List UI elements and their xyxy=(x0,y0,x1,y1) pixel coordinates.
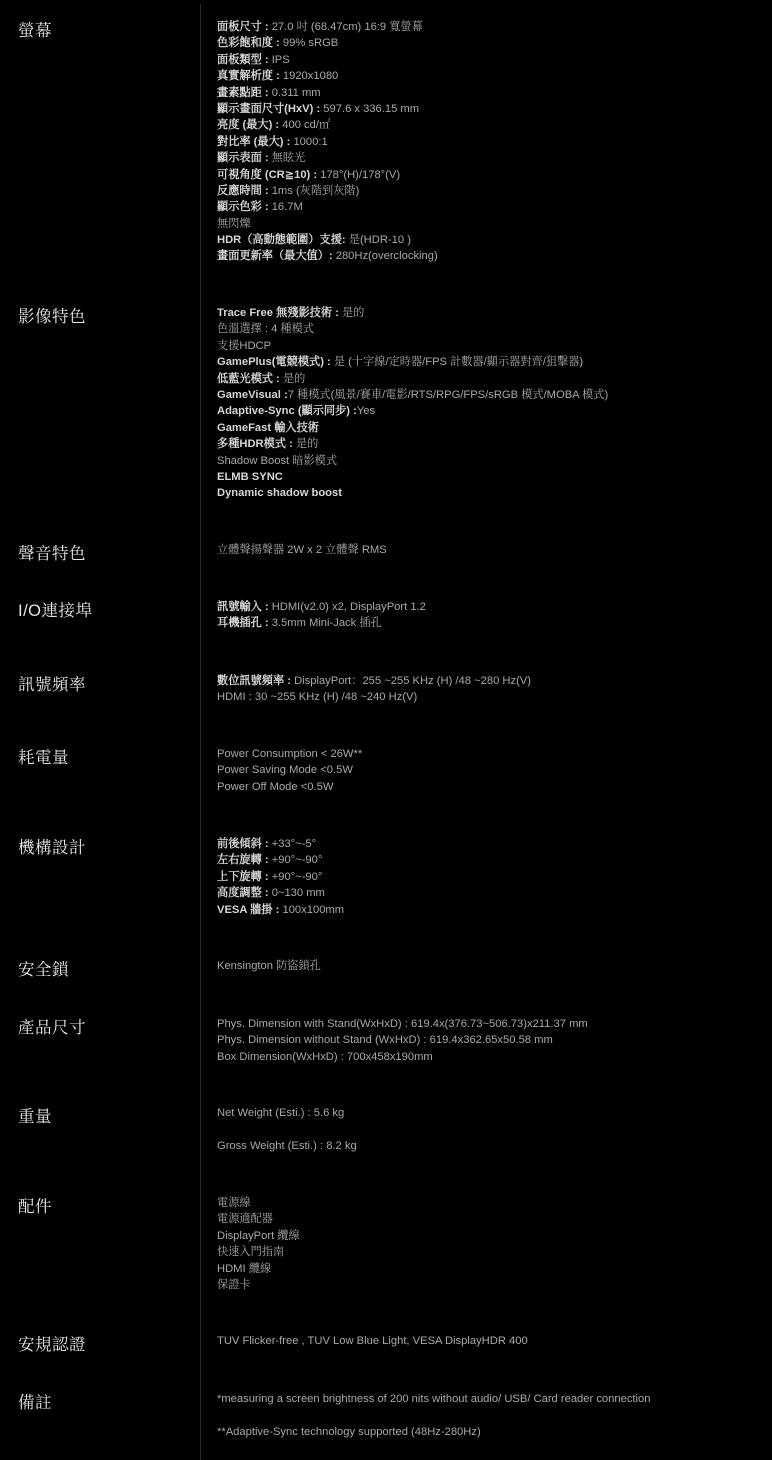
spec-line: *measuring a screen brightness of 200 ni… xyxy=(217,1391,757,1407)
spec-line: TUV Flicker-free , TUV Low Blue Light, V… xyxy=(217,1333,757,1349)
spec-line: Shadow Boost 暗影模式 xyxy=(217,453,757,469)
spec-line: 面板尺寸 : 27.0 吋 (68.47cm) 16:9 寬螢幕 xyxy=(217,19,757,35)
section-label: 訊號頻率 xyxy=(18,671,86,695)
section-body: 前後傾斜 : +33°~-5° 左右旋轉 : +90°~-90° 上下旋轉 : … xyxy=(217,836,757,918)
spec-line: **Adaptive-Sync technology supported (48… xyxy=(217,1424,757,1440)
section-body: Kensington 防盜鎖孔 xyxy=(217,958,757,974)
section-label: 機構設計 xyxy=(18,834,86,858)
section-label: I/O連接埠 xyxy=(18,597,93,621)
section-body: Net Weight (Esti.) : 5.6 kg Gross Weight… xyxy=(217,1105,757,1154)
spec-line: 高度調整 : 0~130 mm xyxy=(217,885,757,901)
column-divider xyxy=(200,4,201,1460)
spec-line: 面板類型 : IPS xyxy=(217,52,757,68)
section-label: 重量 xyxy=(18,1103,52,1127)
spec-line: 顯示表面 : 無眩光 xyxy=(217,150,757,166)
section-label: 配件 xyxy=(18,1193,52,1217)
section-label: 備註 xyxy=(18,1389,52,1413)
section-label: 螢幕 xyxy=(18,17,52,41)
spec-line: GameFast 輸入技術 xyxy=(217,420,757,436)
spec-line: Kensington 防盜鎖孔 xyxy=(217,958,757,974)
spec-line: 色彩飽和度 : 99% sRGB xyxy=(217,35,757,51)
spec-line: 前後傾斜 : +33°~-5° xyxy=(217,836,757,852)
section-label: 影像特色 xyxy=(18,303,86,327)
spec-line: Power Off Mode <0.5W xyxy=(217,779,757,795)
spec-line: 反應時間 : 1ms (灰階到灰階) xyxy=(217,183,757,199)
spec-line: 快速入門指南 xyxy=(217,1244,757,1260)
spec-line: 左右旋轉 : +90°~-90° xyxy=(217,852,757,868)
spec-line-blank xyxy=(217,1121,757,1137)
spec-line: Gross Weight (Esti.) : 8.2 kg xyxy=(217,1138,757,1154)
section-body: TUV Flicker-free , TUV Low Blue Light, V… xyxy=(217,1333,757,1349)
section-body: 電源線 電源適配器 DisplayPort 纜線 快速入門指南 HDMI 纜線 … xyxy=(217,1195,757,1293)
spec-line: 顯示畫面尺寸(HxV) : 597.6 x 336.15 mm xyxy=(217,101,757,117)
section-label: 產品尺寸 xyxy=(18,1014,86,1038)
spec-line: 立體聲揚聲器 2W x 2 立體聲 RMS xyxy=(217,542,757,558)
spec-line: HDMI 纜線 xyxy=(217,1261,757,1277)
spec-line: 色溫選擇 : 4 種模式 xyxy=(217,321,757,337)
spec-line: HDR（高動態範圍）支援: 是(HDR-10 ) xyxy=(217,232,757,248)
spec-line: 對比率 (最大) : 1000:1 xyxy=(217,134,757,150)
spec-line: 保證卡 xyxy=(217,1277,757,1293)
spec-line: Box Dimension(WxHxD) : 700x458x190mm xyxy=(217,1049,757,1065)
spec-line: 多種HDR模式 : 是的 xyxy=(217,436,757,452)
spec-line: 真實解析度 : 1920x1080 xyxy=(217,68,757,84)
spec-line: 顯示色彩 : 16.7M xyxy=(217,199,757,215)
spec-line: Phys. Dimension with Stand(WxHxD) : 619.… xyxy=(217,1016,757,1032)
spec-line: Phys. Dimension without Stand (WxHxD) : … xyxy=(217,1032,757,1048)
spec-line: 電源適配器 xyxy=(217,1211,757,1227)
spec-line: 可視角度 (CR≧10) : 178°(H)/178°(V) xyxy=(217,167,757,183)
spec-line: HDMI : 30 ~255 KHz (H) /48 ~240 Hz(V) xyxy=(217,689,757,705)
spec-line: Adaptive-Sync (顯示同步) :Yes xyxy=(217,403,757,419)
spec-line: 亮度 (最大) : 400 cd/㎡ xyxy=(217,117,757,133)
spec-line: Power Consumption < 26W** xyxy=(217,746,757,762)
spec-line: 數位訊號頻率 : DisplayPort：255 ~255 KHz (H) /4… xyxy=(217,673,757,689)
spec-line-blank xyxy=(217,1407,757,1423)
spec-line: 上下旋轉 : +90°~-90° xyxy=(217,869,757,885)
spec-line: 訊號輸入 : HDMI(v2.0) x2, DisplayPort 1.2 xyxy=(217,599,757,615)
section-label: 耗電量 xyxy=(18,744,69,768)
spec-line: VESA 牆掛 : 100x100mm xyxy=(217,902,757,918)
spec-line: 支援HDCP xyxy=(217,338,757,354)
section-body: 立體聲揚聲器 2W x 2 立體聲 RMS xyxy=(217,542,757,558)
spec-line: ELMB SYNC xyxy=(217,469,757,485)
spec-line: Dynamic shadow boost xyxy=(217,485,757,501)
spec-line: 畫素點距 : 0.311 mm xyxy=(217,85,757,101)
spec-line: 電源線 xyxy=(217,1195,757,1211)
section-body: Trace Free 無殘影技術 : 是的 色溫選擇 : 4 種模式 支援HDC… xyxy=(217,305,757,502)
spec-line: 低藍光模式 : 是的 xyxy=(217,371,757,387)
spec-line: 無閃爍 xyxy=(217,216,757,232)
section-label: 安全鎖 xyxy=(18,956,69,980)
section-body: *measuring a screen brightness of 200 ni… xyxy=(217,1391,757,1440)
section-body: Power Consumption < 26W** Power Saving M… xyxy=(217,746,757,795)
section-body: 面板尺寸 : 27.0 吋 (68.47cm) 16:9 寬螢幕 色彩飽和度 :… xyxy=(217,19,757,265)
spec-line: DisplayPort 纜線 xyxy=(217,1228,757,1244)
section-body: Phys. Dimension with Stand(WxHxD) : 619.… xyxy=(217,1016,757,1065)
section-label: 安規認證 xyxy=(18,1331,86,1355)
spec-line: Trace Free 無殘影技術 : 是的 xyxy=(217,305,757,321)
spec-line: GamePlus(電競模式) : 是 (十字線/定時器/FPS 計數器/顯示器對… xyxy=(217,354,757,370)
spec-line: Power Saving Mode <0.5W xyxy=(217,762,757,778)
section-body: 訊號輸入 : HDMI(v2.0) x2, DisplayPort 1.2 耳機… xyxy=(217,599,757,632)
section-body: 數位訊號頻率 : DisplayPort：255 ~255 KHz (H) /4… xyxy=(217,673,757,706)
section-label: 聲音特色 xyxy=(18,540,86,564)
spec-line: Net Weight (Esti.) : 5.6 kg xyxy=(217,1105,757,1121)
spec-line: GameVisual :7 種模式(風景/賽車/電影/RTS/RPG/FPS/s… xyxy=(217,387,757,403)
spec-line: 耳機插孔 : 3.5mm Mini-Jack 插孔 xyxy=(217,615,757,631)
spec-line: 畫面更新率（最大值）: 280Hz(overclocking) xyxy=(217,248,757,264)
